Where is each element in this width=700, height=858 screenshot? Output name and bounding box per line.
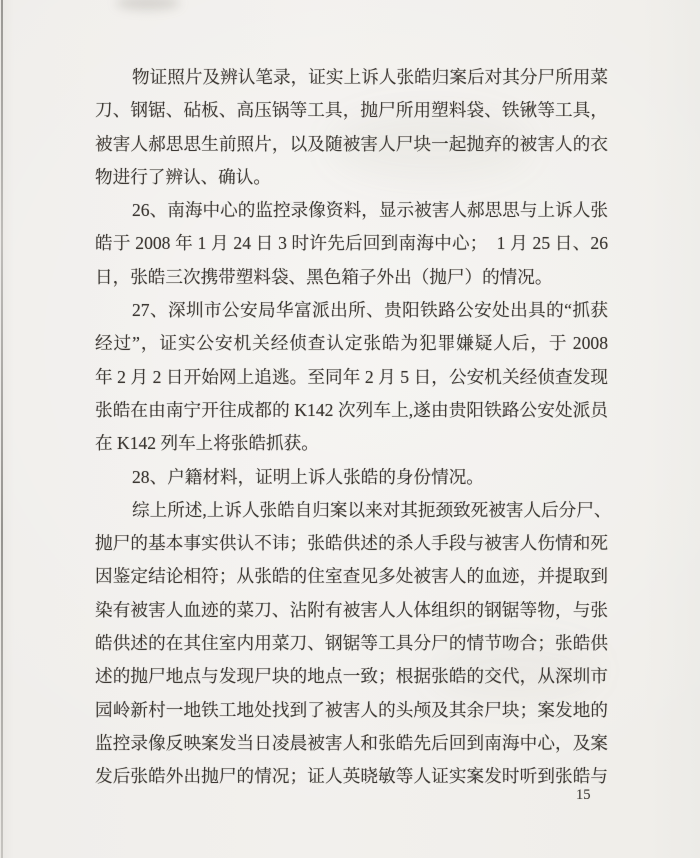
text-line: 综上所述,上诉人张皓自归案以来对其扼颈致死被害人后分尸、: [95, 494, 608, 527]
text-line: 述的抛尸地点与发现尸块的地点一致；根据张皓的交代，从深圳市: [95, 660, 608, 693]
text-line: 26、南海中心的监控录像资料，显示被害人郝思思与上诉人张: [95, 194, 608, 227]
text-line: 物进行了辨认、确认。: [95, 161, 608, 194]
text-line: 物证照片及辨认笔录，证实上诉人张皓归案后对其分尸所用菜: [95, 61, 608, 94]
scan-edge-line: [1, 0, 3, 858]
text-line: 27、深圳市公安局华富派出所、贵阳铁路公安处出具的“抓获: [95, 294, 608, 327]
scan-smudge: [116, 0, 180, 10]
text-line: 在 K142 列车上将张皓抓获。: [95, 427, 608, 460]
page-number: 15: [576, 786, 591, 804]
paragraph-summary: 综上所述,上诉人张皓自归案以来对其扼颈致死被害人后分尸、 抛尸的基本事实供认不讳…: [95, 494, 608, 794]
text-line: 皓于 2008 年 1 月 24 日 3 时许先后回到南海中心； 1 月 25 …: [95, 227, 608, 260]
text-line: 园岭新村一地铁工地处找到了被害人的头颅及其余尸块；案发地的: [95, 694, 608, 727]
text-line: 抛尸的基本事实供认不讳；张皓供述的杀人手段与被害人伤情和死: [95, 527, 608, 560]
text-line: 被害人郝思思生前照片，以及随被害人尸块一起抛弃的被害人的衣: [95, 128, 608, 161]
text-line: 年 2 月 2 日开始网上追逃。至同年 2 月 5 日，公安机关经侦查发现: [95, 361, 608, 394]
paragraph-item-26: 26、南海中心的监控录像资料，显示被害人郝思思与上诉人张 皓于 2008 年 1…: [95, 194, 608, 294]
text-line: 发后张皓外出抛尸的情况；证人英晓敏等人证实案发时听到张皓与: [95, 760, 608, 793]
text-line: 日，张皓三次携带塑料袋、黑色箱子外出（抛尸）的情况。: [95, 261, 608, 294]
paragraph-evidence-photos: 物证照片及辨认笔录，证实上诉人张皓归案后对其分尸所用菜 刀、钢锯、砧板、高压锅等…: [95, 61, 608, 194]
paragraph-item-27: 27、深圳市公安局华富派出所、贵阳铁路公安处出具的“抓获 经过”，证实公安机关经…: [95, 294, 608, 460]
text-line: 因鉴定结论相符；从张皓的住室查见多处被害人的血迹，并提取到: [95, 560, 608, 593]
text-line: 28、户籍材料，证明上诉人张皓的身份情况。: [95, 461, 608, 494]
paragraph-item-28: 28、户籍材料，证明上诉人张皓的身份情况。: [95, 461, 608, 494]
text-line: 经过”，证实公安机关经侦查认定张皓为犯罪嫌疑人后，于 2008: [95, 327, 608, 360]
text-line: 皓供述的在其住室内用菜刀、钢锯等工具分尸的情节吻合；张皓供: [95, 627, 608, 660]
text-line: 染有被害人血迹的菜刀、沾附有被害人人体组织的钢锯等物，与张: [95, 594, 608, 627]
text-line: 刀、钢锯、砧板、高压锅等工具，抛尸所用塑料袋、铁锹等工具，: [95, 94, 608, 127]
document-page: 物证照片及辨认笔录，证实上诉人张皓归案后对其分尸所用菜 刀、钢锯、砧板、高压锅等…: [0, 0, 700, 858]
text-line: 张皓在由南宁开往成都的 K142 次列车上,遂由贵阳铁路公安处派员: [95, 394, 608, 427]
document-body: 物证照片及辨认笔录，证实上诉人张皓归案后对其分尸所用菜 刀、钢锯、砧板、高压锅等…: [95, 61, 608, 794]
text-line: 监控录像反映案发当日凌晨被害人和张皓先后回到南海中心，及案: [95, 727, 608, 760]
